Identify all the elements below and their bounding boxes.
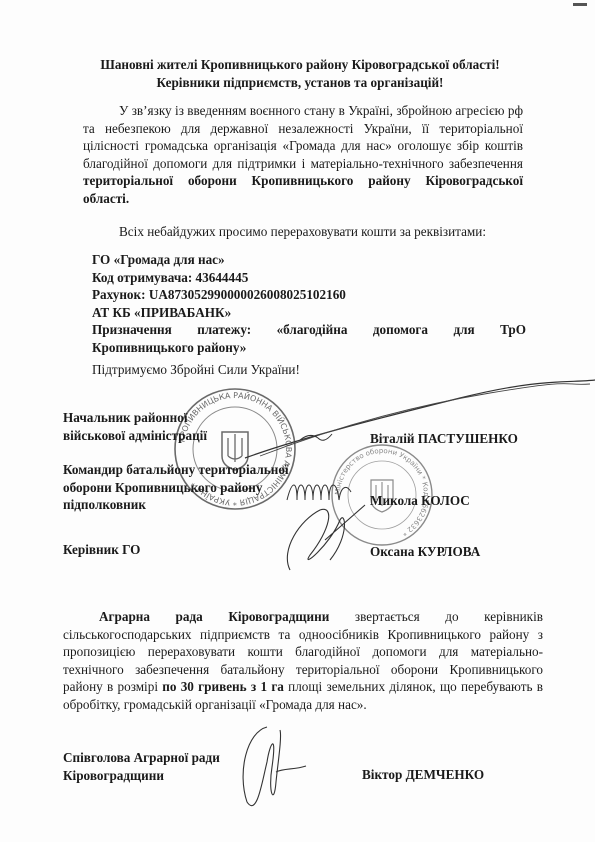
- organization-name: ГО «Громада для нас»: [92, 251, 532, 269]
- position-line: Начальник районної: [63, 409, 207, 427]
- signatory-1-position: Начальник районної військової адміністра…: [63, 409, 207, 444]
- position-line: Керівник ГО: [63, 541, 140, 559]
- recipient-code: Код отримувача: 43644445: [92, 269, 532, 287]
- signatory-3-name: Оксана КУРЛОВА: [370, 543, 480, 561]
- position-line: оборони Кропивницького району: [63, 479, 289, 497]
- bank-details: ГО «Громада для нас» Код отримувача: 436…: [92, 251, 532, 356]
- payment-purpose-line2: Кропивницького району»: [92, 339, 532, 357]
- scan-edge-mark: [573, 3, 587, 6]
- intro-bold-text: територіальної оборони Кропивницького ра…: [83, 173, 523, 206]
- purpose-word: ТрО: [500, 321, 526, 339]
- signatory-3-position: Керівник ГО: [63, 541, 140, 559]
- document-page: Шановні жителі Кропивницького району Кір…: [0, 0, 595, 842]
- position-line: військової адміністрації: [63, 427, 207, 445]
- signature-4-icon: [232, 722, 312, 817]
- purpose-word: «благодійна: [277, 321, 348, 339]
- intro-paragraph: У зв’язку із введенням воєнного стану в …: [83, 102, 523, 208]
- signature-2-icon: [282, 470, 362, 510]
- purpose-word: Призначення: [92, 321, 172, 339]
- council-name: Аграрна рада Кіровоградщини: [99, 609, 329, 624]
- intro-text: У зв’язку із введенням воєнного стану в …: [83, 103, 523, 171]
- account-number: Рахунок: UA873052990000026008025102160: [92, 286, 532, 304]
- title-line-2: Керівники підприємств, установ та органі…: [60, 74, 540, 92]
- agrarian-council-paragraph: Аграрна рада Кіровоградщини звертається …: [63, 608, 543, 714]
- signatory-2-name: Микола КОЛОС: [370, 492, 470, 510]
- final-signatory-position: Співголова Аграрної ради Кіровоградщини: [63, 749, 220, 784]
- signature-3-icon: [280, 500, 370, 575]
- request-paragraph: Всіх небайдужих просимо перераховувати к…: [119, 223, 539, 241]
- purpose-word: для: [453, 321, 474, 339]
- position-line: підполковник: [63, 496, 289, 514]
- signatory-2-position: Командир батальйону територіальної оборо…: [63, 461, 289, 514]
- document-title: Шановні жителі Кропивницького району Кір…: [60, 56, 540, 92]
- support-line: Підтримуємо Збройні Сили України!: [92, 362, 300, 378]
- signature-1-icon: [240, 378, 595, 468]
- final-signatory-name: Віктор ДЕМЧЕНКО: [362, 766, 484, 784]
- signatory-1-name: Віталій ПАСТУШЕНКО: [370, 430, 518, 448]
- bank-name: АТ КБ «ПРИВАБАНК»: [92, 304, 532, 322]
- payment-purpose-line1: Призначення платежу: «благодійна допомог…: [92, 321, 526, 339]
- purpose-word: платежу:: [197, 321, 251, 339]
- position-line: Командир батальйону територіальної: [63, 461, 289, 479]
- contribution-amount: по 30 гривень з 1 га: [162, 679, 284, 694]
- position-line: Кіровоградщини: [63, 767, 220, 785]
- title-line-1: Шановні жителі Кропивницького району Кір…: [60, 56, 540, 74]
- purpose-word: допомога: [373, 321, 428, 339]
- position-line: Співголова Аграрної ради: [63, 749, 220, 767]
